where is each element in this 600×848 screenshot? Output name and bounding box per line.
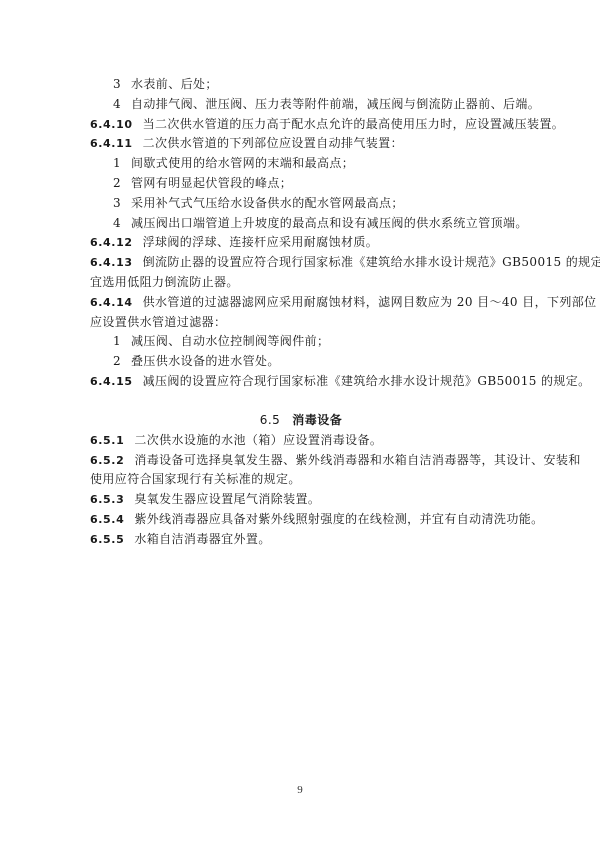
list-item: 3水表前、后处； <box>90 75 512 95</box>
item-number: 3 <box>113 75 131 95</box>
list-item: 4减压阀出口端管道上升坡度的最高点和设有减压阀的供水系统立管顶端。 <box>90 214 512 234</box>
clause-number: 6.4.11 <box>90 134 133 154</box>
clause-number: 6.4.10 <box>90 115 133 135</box>
clause-number: 6.5.1 <box>90 431 124 451</box>
clause: 6.5.3臭氧发生器应设置尾气消除装置。 <box>90 490 512 510</box>
clause: 6.4.15减压阀的设置应符合现行国家标准《建筑给水排水设计规范》GB50015… <box>90 372 512 392</box>
item-text: 减压阀出口端管道上升坡度的最高点和设有减压阀的供水系统立管顶端。 <box>131 216 528 230</box>
clause-text: 浮球阀的浮球、连接杆应采用耐腐蚀材质。 <box>143 235 379 249</box>
page-number: 9 <box>0 784 600 796</box>
list-item: 3采用补气式气压给水设备供水的配水管网最高点； <box>90 194 512 214</box>
item-number: 2 <box>113 352 131 372</box>
clause-text: 臭氧发生器应设置尾气消除装置。 <box>134 492 320 506</box>
clause-number: 6.4.13 <box>90 253 133 273</box>
clause-text: 供水管道的过滤器滤网应采用耐腐蚀材料，滤网目数应为 20 目～40 目，下列部位 <box>143 295 597 309</box>
clauses-6-5: 6.5.1二次供水设施的水池（箱）应设置消毒设备。 6.5.2消毒设备可选择臭氧… <box>90 431 512 550</box>
item-number: 3 <box>113 194 131 214</box>
list-item: 2叠压供水设备的进水管处。 <box>90 352 512 372</box>
clause: 6.4.11二次供水管道的下列部位应设置自动排气装置： <box>90 134 512 154</box>
item-number: 4 <box>113 95 131 115</box>
clause-text: 倒流防止器的设置应符合现行国家标准《建筑给水排水设计规范》GB50015 的规定… <box>143 255 600 269</box>
clause-number: 6.4.12 <box>90 233 133 253</box>
clause-text: 二次供水设施的水池（箱）应设置消毒设备。 <box>134 433 382 447</box>
item-text: 叠压供水设备的进水管处。 <box>131 354 280 368</box>
clause: 6.4.10当二次供水管道的压力高于配水点允许的最高使用压力时，应设置减压装置。 <box>90 115 512 135</box>
item-number: 4 <box>113 214 131 234</box>
section-title: 消毒设备 <box>292 413 342 427</box>
item-text: 管网有明显起伏管段的峰点； <box>131 176 292 190</box>
clause: 6.5.5水箱自洁消毒器宜外置。 <box>90 530 512 550</box>
clause: 6.5.2消毒设备可选择臭氧发生器、紫外线消毒器和水箱自洁消毒器等，其设计、安装… <box>90 451 512 471</box>
clause-text: 减压阀的设置应符合现行国家标准《建筑给水排水设计规范》GB50015 的规定。 <box>143 374 591 388</box>
clause: 6.5.1二次供水设施的水池（箱）应设置消毒设备。 <box>90 431 512 451</box>
item-number: 1 <box>113 154 131 174</box>
clause-number: 6.5.5 <box>90 530 124 550</box>
clause-text: 水箱自洁消毒器宜外置。 <box>134 532 270 546</box>
clause-number: 6.4.14 <box>90 293 133 313</box>
item-text: 间歇式使用的给水管网的末端和最高点； <box>131 156 354 170</box>
clause-text: 紫外线消毒器应具备对紫外线照射强度的在线检测，并宜有自动清洗功能。 <box>134 512 543 526</box>
section-number: 6.5 <box>260 413 281 427</box>
list-item: 1间歇式使用的给水管网的末端和最高点； <box>90 154 512 174</box>
clause-number: 6.5.2 <box>90 451 124 471</box>
list-item: 1减压阀、自动水位控制阀等阀件前； <box>90 332 512 352</box>
item-number: 2 <box>113 174 131 194</box>
item-text: 减压阀、自动水位控制阀等阀件前； <box>131 334 329 348</box>
clause-number: 6.5.3 <box>90 490 124 510</box>
clause-continuation: 宜选用低阻力倒流防止器。 <box>90 273 512 293</box>
clause-text: 当二次供水管道的压力高于配水点允许的最高使用压力时，应设置减压装置。 <box>143 117 565 131</box>
clause-text: 二次供水管道的下列部位应设置自动排气装置： <box>143 136 403 150</box>
clause-text: 消毒设备可选择臭氧发生器、紫外线消毒器和水箱自洁消毒器等，其设计、安装和 <box>134 453 580 467</box>
list-item: 2管网有明显起伏管段的峰点； <box>90 174 512 194</box>
clause: 6.4.14供水管道的过滤器滤网应采用耐腐蚀材料，滤网目数应为 20 目～40 … <box>90 293 512 313</box>
list-item: 4自动排气阀、泄压阀、压力表等附件前端，减压阀与倒流防止器前、后端。 <box>90 95 512 115</box>
clause: 6.5.4紫外线消毒器应具备对紫外线照射强度的在线检测，并宜有自动清洗功能。 <box>90 510 512 530</box>
clauses-6-4: 3水表前、后处； 4自动排气阀、泄压阀、压力表等附件前端，减压阀与倒流防止器前、… <box>90 75 512 392</box>
clause: 6.4.12浮球阀的浮球、连接杆应采用耐腐蚀材质。 <box>90 233 512 253</box>
document-page: 3水表前、后处； 4自动排气阀、泄压阀、压力表等附件前端，减压阀与倒流防止器前、… <box>90 75 512 550</box>
item-text: 采用补气式气压给水设备供水的配水管网最高点； <box>131 196 404 210</box>
clause-number: 6.5.4 <box>90 510 124 530</box>
clause-continuation: 使用应符合国家现行有关标准的规定。 <box>90 470 512 490</box>
item-text: 自动排气阀、泄压阀、压力表等附件前端，减压阀与倒流防止器前、后端。 <box>131 97 540 111</box>
clause: 6.4.13倒流防止器的设置应符合现行国家标准《建筑给水排水设计规范》GB500… <box>90 253 512 273</box>
item-text: 水表前、后处； <box>131 77 218 91</box>
item-number: 1 <box>113 332 131 352</box>
section-heading: 6.5消毒设备 <box>90 410 512 430</box>
clause-number: 6.4.15 <box>90 372 133 392</box>
clause-continuation: 应设置供水管道过滤器： <box>90 313 512 333</box>
